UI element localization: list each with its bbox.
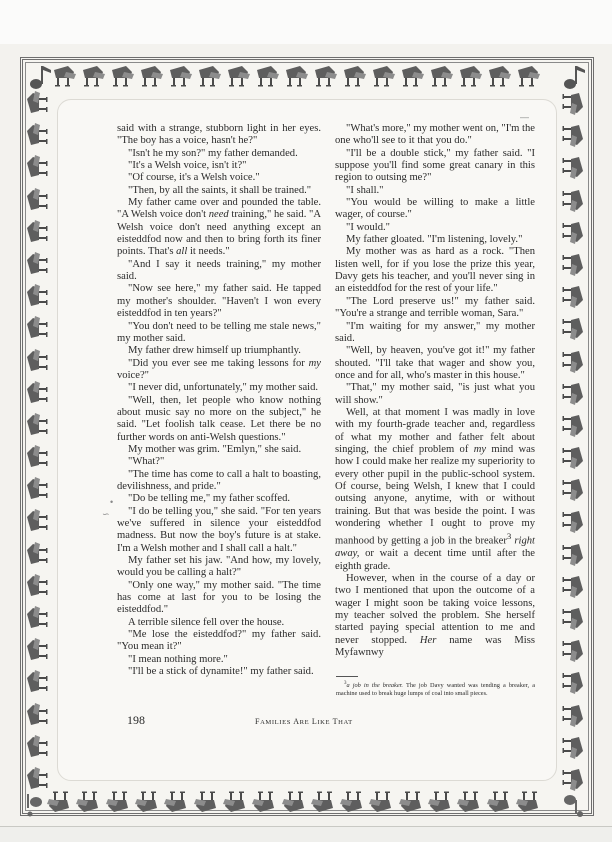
piano-icon [561, 381, 585, 407]
paragraph: "Now see here," my father said. He tappe… [117, 283, 321, 320]
footnote-term: a job in the breaker. [347, 682, 403, 689]
piano-icon [485, 790, 511, 814]
border-bottom-piano-row [45, 790, 540, 816]
piano-icon [367, 790, 393, 814]
paragraph: "I shall." [335, 185, 535, 197]
piano-icon [104, 790, 130, 814]
piano-icon [561, 445, 585, 471]
pencil-mark: • [110, 497, 113, 507]
piano-icon [561, 349, 585, 375]
piano-icon [458, 64, 484, 88]
piano-icon [561, 252, 585, 278]
piano-icon [25, 507, 49, 533]
piano-icon [561, 606, 585, 632]
paragraph: "The time has come to call a halt to boa… [117, 469, 321, 494]
paragraph: "Of course, it's a Welsh voice." [117, 172, 321, 184]
piano-icon [309, 790, 335, 814]
piano-icon [561, 542, 585, 568]
paragraph: "Did you ever see me taking lessons for … [117, 358, 321, 383]
paragraph: "The Lord preserve us!" my father said. … [335, 296, 535, 321]
piano-icon [25, 379, 49, 405]
piano-icon [284, 64, 310, 88]
paragraph: "Do be telling me," my father scoffed. [117, 493, 321, 505]
piano-icon [221, 790, 247, 814]
paragraph: "I never did, unfortunately," my mother … [117, 382, 321, 394]
piano-icon [25, 250, 49, 276]
paragraph: My father came over and pounded the tabl… [117, 197, 321, 259]
piano-icon [197, 64, 223, 88]
piano-icon [371, 64, 397, 88]
piano-icon [25, 89, 49, 115]
piano-icon [561, 123, 585, 149]
paragraph: "I mean nothing more." [117, 654, 321, 666]
piano-icon [25, 443, 49, 469]
paragraph: "Well, by heaven, you've got it!" my fat… [335, 345, 535, 382]
piano-icon [280, 790, 306, 814]
border-left-piano-column [24, 90, 52, 790]
piano-icon [133, 790, 159, 814]
piano-icon [25, 604, 49, 630]
piano-icon [25, 668, 49, 694]
running-head: FAMILIES ARE LIKE THAT [255, 717, 353, 726]
piano-icon [25, 701, 49, 727]
music-note-icon [560, 790, 588, 820]
paragraph: "You would be willing to make a little w… [335, 197, 535, 222]
music-note-icon [560, 62, 588, 92]
piano-icon [192, 790, 218, 814]
piano-icon [400, 64, 426, 88]
paragraph: "That," my mother said, "is just what yo… [335, 382, 535, 407]
footnote-rule [336, 676, 358, 677]
piano-icon [561, 413, 585, 439]
paragraph: "I'll be a double stick," my father said… [335, 148, 535, 185]
piano-icon [561, 509, 585, 535]
piano-icon [561, 670, 585, 696]
piano-icon [487, 64, 513, 88]
paragraph: "Only one way," my mother said. "The tim… [117, 580, 321, 617]
paragraph: My mother was as hard as a rock. "Then l… [335, 246, 535, 295]
paragraph: "Then, by all the saints, it shall be tr… [117, 185, 321, 197]
piano-icon [255, 64, 281, 88]
piano-icon [25, 765, 49, 791]
piano-icon [25, 475, 49, 501]
piano-icon [25, 636, 49, 662]
paragraph: "Me lose the eisteddfod?" my father said… [117, 629, 321, 654]
piano-icon [25, 282, 49, 308]
piano-icon [25, 218, 49, 244]
piano-icon [25, 347, 49, 373]
piano-icon [397, 790, 423, 814]
piano-icon [426, 790, 452, 814]
piano-icon [162, 790, 188, 814]
paragraph: "Well, then, let people who know nothing… [117, 395, 321, 444]
paragraph: My father drew himself up triumphantly. [117, 345, 321, 357]
pencil-mark: ∽ [102, 509, 110, 520]
piano-icon [25, 540, 49, 566]
paragraph: "Isn't he my son?" my father demanded. [117, 148, 321, 160]
piano-icon [250, 790, 276, 814]
piano-icon [342, 64, 368, 88]
piano-icon [516, 64, 542, 88]
piano-icon [561, 735, 585, 761]
piano-icon [561, 477, 585, 503]
piano-icon [561, 220, 585, 246]
paragraph: "I'm waiting for my answer," my mother s… [335, 321, 535, 346]
paragraph: My father gloated. "I'm listening, lovel… [335, 234, 535, 246]
border-right-piano-column [560, 92, 588, 792]
left-text-column: said with a strange, stubborn light in h… [117, 123, 321, 678]
pencil-mark: — [520, 112, 529, 122]
piano-icon [168, 64, 194, 88]
footnote: 3a job in the breaker. The job Davy want… [336, 680, 535, 697]
paragraph: However, when in the course of a day or … [335, 573, 535, 659]
piano-icon [74, 790, 100, 814]
piano-icon [561, 316, 585, 342]
piano-icon [455, 790, 481, 814]
paragraph: My father set his jaw. "And how, my love… [117, 555, 321, 580]
piano-icon [561, 155, 585, 181]
piano-icon [110, 64, 136, 88]
scan-margin-bottom [0, 826, 612, 842]
page-number: 198 [127, 713, 145, 728]
piano-icon [25, 121, 49, 147]
piano-icon [25, 733, 49, 759]
piano-icon [561, 91, 585, 117]
piano-icon [25, 572, 49, 598]
piano-icon [25, 153, 49, 179]
piano-icon [139, 64, 165, 88]
piano-icon [429, 64, 455, 88]
paragraph: "What's more," my mother went on, "I'm t… [335, 123, 535, 148]
paragraph: My mother was grim. "Emlyn," she said. [117, 444, 321, 456]
music-note-icon [26, 62, 54, 92]
piano-icon [313, 64, 339, 88]
paragraph: "It's a Welsh voice, isn't it?" [117, 160, 321, 172]
piano-icon [25, 186, 49, 212]
piano-icon [514, 790, 540, 814]
piano-icon [81, 64, 107, 88]
piano-icon [561, 188, 585, 214]
piano-icon [561, 638, 585, 664]
piano-icon [52, 64, 78, 88]
piano-icon [25, 411, 49, 437]
piano-icon [561, 703, 585, 729]
paragraph: "I do be telling you," she said. "For te… [117, 506, 321, 555]
paragraph: A terrible silence fell over the house. [117, 617, 321, 629]
piano-icon [561, 284, 585, 310]
piano-icon [338, 790, 364, 814]
piano-icon [25, 314, 49, 340]
scan-margin-top [0, 0, 612, 44]
paragraph: "What?" [117, 456, 321, 468]
paragraph: Well, at that moment I was madly in love… [335, 407, 535, 573]
right-text-column: "What's more," my mother went on, "I'm t… [335, 123, 535, 659]
paragraph: "I'll be a stick of dynamite!" my father… [117, 666, 321, 678]
paragraph: "You don't need to be telling me stale n… [117, 321, 321, 346]
paragraph: "I would." [335, 222, 535, 234]
piano-icon [226, 64, 252, 88]
music-note-icon [22, 790, 50, 820]
piano-icon [561, 574, 585, 600]
paragraph: "And I say it needs training," my mother… [117, 259, 321, 284]
paragraph: said with a strange, stubborn light in h… [117, 123, 321, 148]
border-top-piano-row [52, 64, 542, 90]
